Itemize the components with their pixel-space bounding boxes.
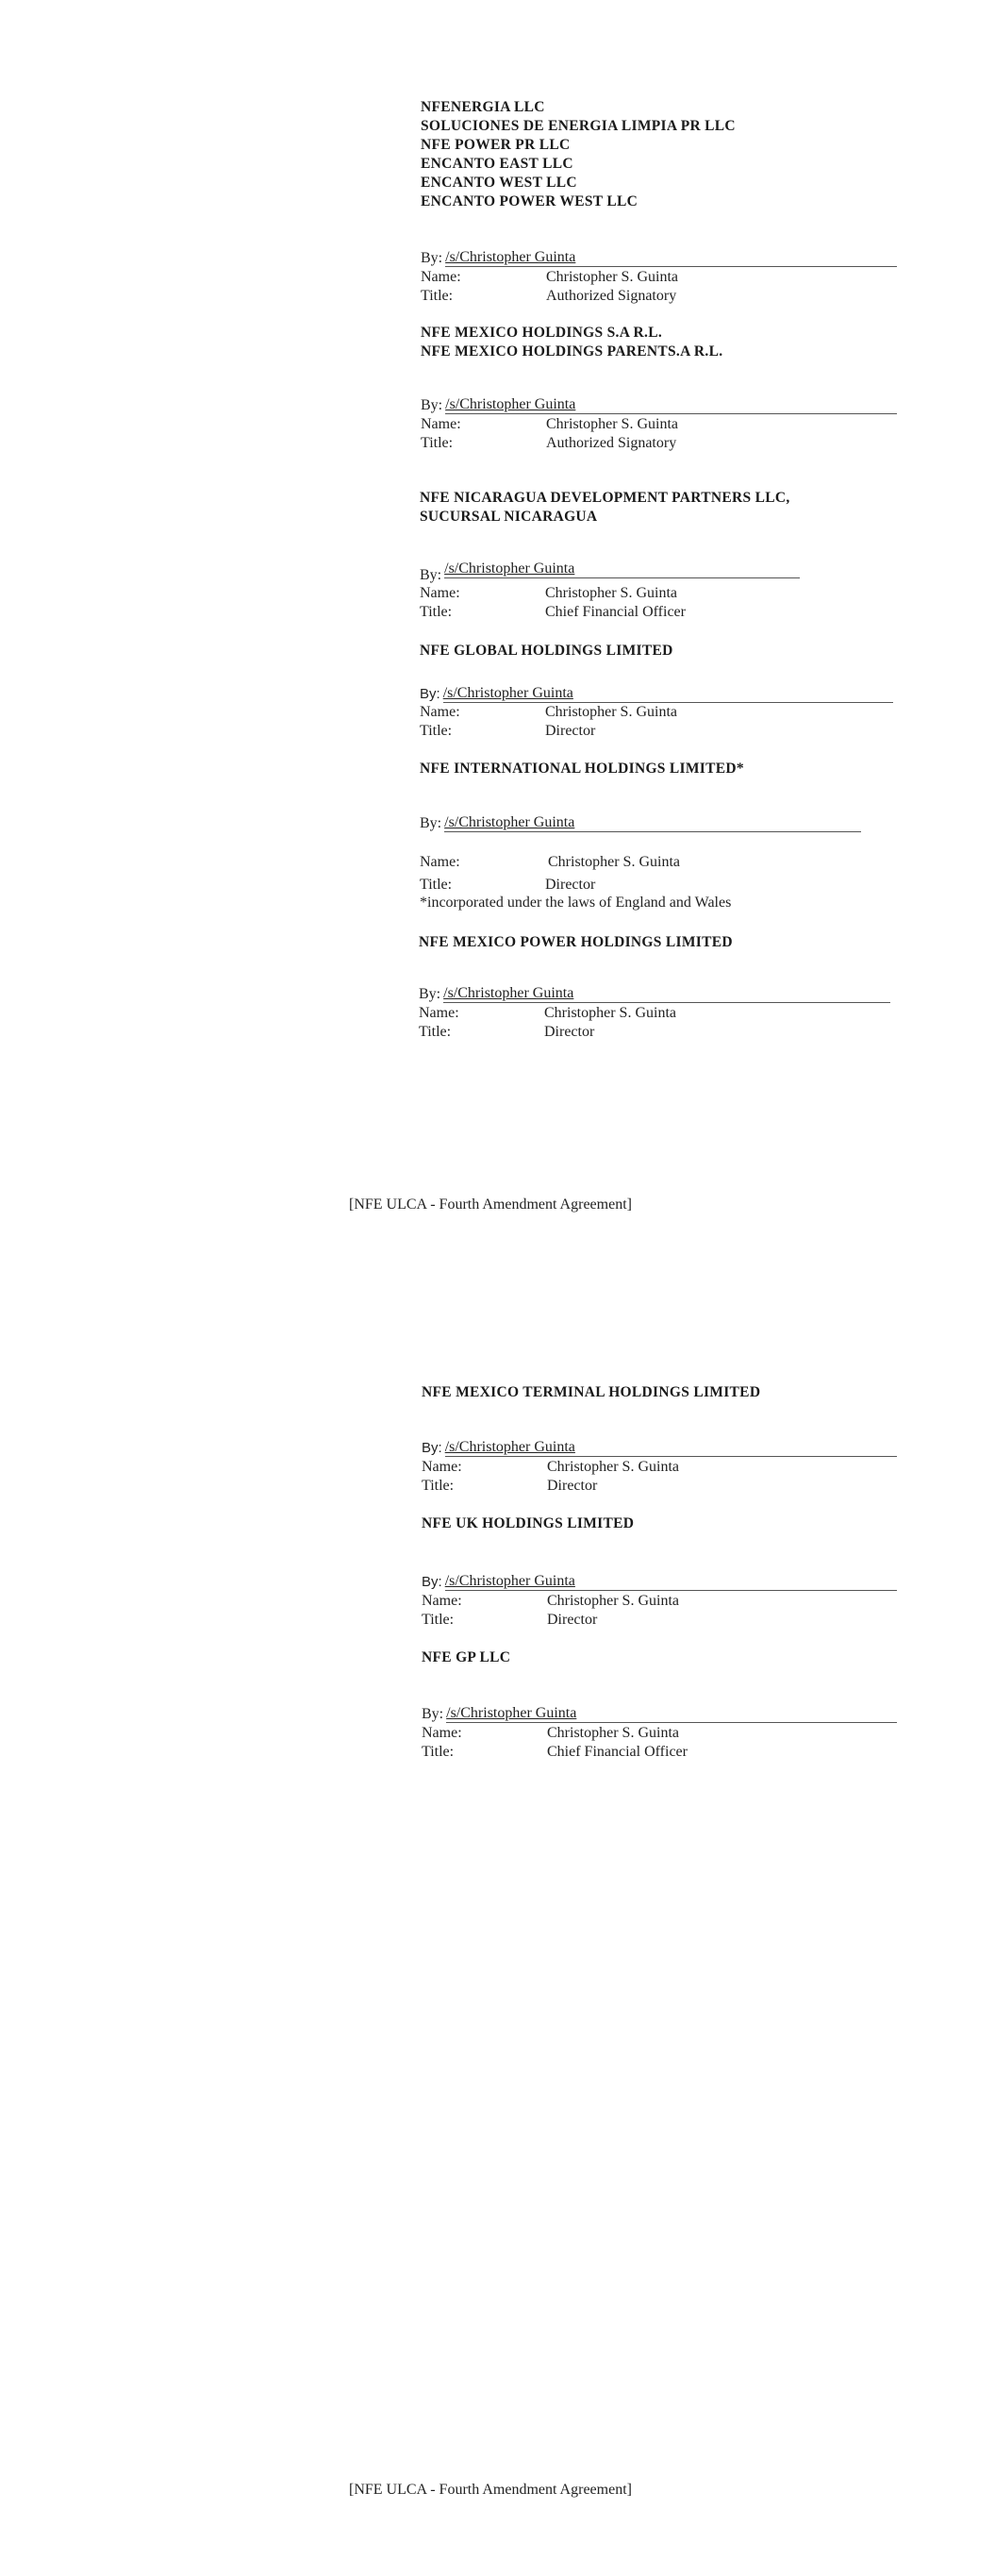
title-label: Title: bbox=[419, 1023, 544, 1042]
entity-name: ENCANTO EAST LLC bbox=[421, 155, 736, 174]
signer-title: Chief Financial Officer bbox=[545, 604, 686, 620]
name-label: Name: bbox=[421, 268, 546, 287]
signature: /s/Christopher Guinta bbox=[446, 1705, 897, 1723]
name-label: Name: bbox=[422, 1458, 547, 1477]
title-label: Title: bbox=[420, 876, 545, 895]
entity-name-list: NFE UK HOLDINGS LIMITED bbox=[422, 1514, 634, 1533]
signature: /s/Christopher Guinta bbox=[443, 685, 893, 703]
signer-name-row: Name:Christopher S. Guinta bbox=[422, 1724, 679, 1743]
signer-title-row: Title:Chief Financial Officer bbox=[422, 1743, 688, 1762]
signer-title: Director bbox=[544, 1024, 594, 1040]
title-label: Title: bbox=[422, 1611, 547, 1630]
name-label: Name: bbox=[419, 1004, 544, 1023]
signature-line: By: /s/Christopher Guinta bbox=[420, 814, 861, 832]
title-label: Title: bbox=[421, 287, 546, 306]
by-label: By: bbox=[419, 986, 440, 1003]
signer-title-row: Title:Director bbox=[419, 1023, 594, 1042]
signer-name: Christopher S. Guinta bbox=[546, 416, 678, 432]
by-label: By: bbox=[421, 250, 442, 267]
signature: /s/Christopher Guinta bbox=[445, 249, 897, 267]
signer-title-row: Title:Director bbox=[422, 1611, 597, 1630]
name-label: Name: bbox=[420, 703, 545, 722]
signer-title: Authorized Signatory bbox=[546, 288, 676, 304]
entity-name-list: NFE MEXICO HOLDINGS S.A R.L. NFE MEXICO … bbox=[421, 324, 722, 361]
signature-line: By: /s/Christopher Guinta bbox=[419, 985, 890, 1003]
signer-title: Director bbox=[547, 1612, 597, 1628]
signer-name: Christopher S. Guinta bbox=[547, 1593, 679, 1609]
signature-line: By: /s/Christopher Guinta bbox=[422, 1439, 897, 1457]
signer-name: Christopher S. Guinta bbox=[545, 585, 677, 601]
by-label: By: bbox=[420, 686, 440, 703]
signer-title-row: Title:Authorized Signatory bbox=[421, 287, 676, 306]
signature-line: By: /s/Christopher Guinta bbox=[420, 560, 800, 578]
signer-name-row: Name:Christopher S. Guinta bbox=[421, 415, 678, 434]
entity-name: NFE GLOBAL HOLDINGS LIMITED bbox=[420, 642, 673, 661]
title-label: Title: bbox=[420, 722, 545, 741]
entity-name: NFE MEXICO HOLDINGS S.A R.L. bbox=[421, 324, 722, 343]
title-label: Title: bbox=[421, 434, 546, 453]
entity-name: NFE NICARAGUA DEVELOPMENT PARTNERS LLC, bbox=[420, 489, 790, 508]
signer-title-row: Title:Chief Financial Officer bbox=[420, 603, 686, 622]
page-footer: [NFE ULCA - Fourth Amendment Agreement] bbox=[349, 2482, 632, 2499]
name-label: Name: bbox=[422, 1592, 547, 1611]
signer-name: Christopher S. Guinta bbox=[548, 854, 680, 870]
signer-title-row: Title:Director bbox=[420, 876, 595, 895]
signer-title: Director bbox=[545, 723, 595, 739]
signer-title: Authorized Signatory bbox=[546, 435, 676, 451]
signature-line: By: /s/Christopher Guinta bbox=[422, 1573, 897, 1591]
signature-line: By: /s/Christopher Guinta bbox=[422, 1705, 897, 1723]
signer-title: Director bbox=[545, 877, 595, 893]
entity-name: NFE UK HOLDINGS LIMITED bbox=[422, 1514, 634, 1533]
signer-name: Christopher S. Guinta bbox=[546, 269, 678, 285]
by-label: By: bbox=[420, 815, 441, 832]
signer-name-row: Name:Christopher S. Guinta bbox=[422, 1592, 679, 1611]
by-label: By: bbox=[421, 397, 442, 414]
by-label: By: bbox=[422, 1706, 443, 1723]
signature-line: By: /s/Christopher Guinta bbox=[420, 685, 893, 703]
entity-name: NFE MEXICO HOLDINGS PARENTS.A R.L. bbox=[421, 343, 722, 361]
signer-name: Christopher S. Guinta bbox=[545, 704, 677, 720]
signature-line: By: /s/Christopher Guinta bbox=[421, 249, 897, 267]
signer-title: Chief Financial Officer bbox=[547, 1744, 688, 1760]
entity-name-list: NFE MEXICO TERMINAL HOLDINGS LIMITED bbox=[422, 1383, 760, 1402]
page-footer: [NFE ULCA - Fourth Amendment Agreement] bbox=[349, 1196, 632, 1213]
incorporation-note: *incorporated under the laws of England … bbox=[420, 895, 731, 912]
by-label: By: bbox=[420, 567, 441, 584]
signer-name-row: Name:Christopher S. Guinta bbox=[420, 853, 680, 872]
signature: /s/Christopher Guinta bbox=[444, 814, 861, 832]
entity-name: ENCANTO WEST LLC bbox=[421, 174, 736, 192]
title-label: Title: bbox=[422, 1477, 547, 1496]
by-label: By: bbox=[422, 1574, 442, 1591]
entity-name: SOLUCIONES DE ENERGIA LIMPIA PR LLC bbox=[421, 117, 736, 136]
signer-name-row: Name:Christopher S. Guinta bbox=[419, 1004, 676, 1023]
signature: /s/Christopher Guinta bbox=[445, 1439, 897, 1457]
title-label: Title: bbox=[420, 603, 545, 622]
entity-name: NFE MEXICO POWER HOLDINGS LIMITED bbox=[419, 933, 733, 952]
signer-name-row: Name:Christopher S. Guinta bbox=[420, 703, 677, 722]
entity-name: NFENERGIA LLC bbox=[421, 98, 736, 117]
entity-name: NFE GP LLC bbox=[422, 1648, 510, 1667]
entity-name-list: NFE NICARAGUA DEVELOPMENT PARTNERS LLC, … bbox=[420, 489, 790, 527]
entity-name: ENCANTO POWER WEST LLC bbox=[421, 192, 736, 211]
signer-name: Christopher S. Guinta bbox=[544, 1005, 676, 1021]
signature: /s/Christopher Guinta bbox=[445, 396, 897, 414]
signature: /s/Christopher Guinta bbox=[443, 985, 890, 1003]
signer-title-row: Title:Authorized Signatory bbox=[421, 434, 676, 453]
entity-name: NFE INTERNATIONAL HOLDINGS LIMITED* bbox=[420, 760, 744, 778]
signature: /s/Christopher Guinta bbox=[445, 1573, 897, 1591]
title-label: Title: bbox=[422, 1743, 547, 1762]
entity-name-list: NFE MEXICO POWER HOLDINGS LIMITED bbox=[419, 933, 733, 952]
entity-name: NFE POWER PR LLC bbox=[421, 136, 736, 155]
signer-name-row: Name:Christopher S. Guinta bbox=[420, 584, 677, 603]
entity-name: SUCURSAL NICARAGUA bbox=[420, 508, 790, 527]
name-label: Name: bbox=[422, 1724, 547, 1743]
entity-name-list: NFENERGIA LLC SOLUCIONES DE ENERGIA LIMP… bbox=[421, 98, 736, 211]
signature: /s/Christopher Guinta bbox=[444, 560, 800, 578]
signer-title: Director bbox=[547, 1478, 597, 1494]
signer-name: Christopher S. Guinta bbox=[547, 1459, 679, 1475]
signer-name: Christopher S. Guinta bbox=[547, 1725, 679, 1741]
entity-name: NFE MEXICO TERMINAL HOLDINGS LIMITED bbox=[422, 1383, 760, 1402]
name-label: Name: bbox=[421, 415, 546, 434]
signer-name-row: Name:Christopher S. Guinta bbox=[421, 268, 678, 287]
signer-name-row: Name:Christopher S. Guinta bbox=[422, 1458, 679, 1477]
signer-title-row: Title:Director bbox=[422, 1477, 597, 1496]
entity-name-list: NFE INTERNATIONAL HOLDINGS LIMITED* bbox=[420, 760, 744, 778]
name-label: Name: bbox=[420, 853, 548, 872]
signer-title-row: Title:Director bbox=[420, 722, 595, 741]
by-label: By: bbox=[422, 1440, 442, 1457]
entity-name-list: NFE GP LLC bbox=[422, 1648, 510, 1667]
entity-name-list: NFE GLOBAL HOLDINGS LIMITED bbox=[420, 642, 673, 661]
name-label: Name: bbox=[420, 584, 545, 603]
signature-line: By: /s/Christopher Guinta bbox=[421, 396, 897, 414]
